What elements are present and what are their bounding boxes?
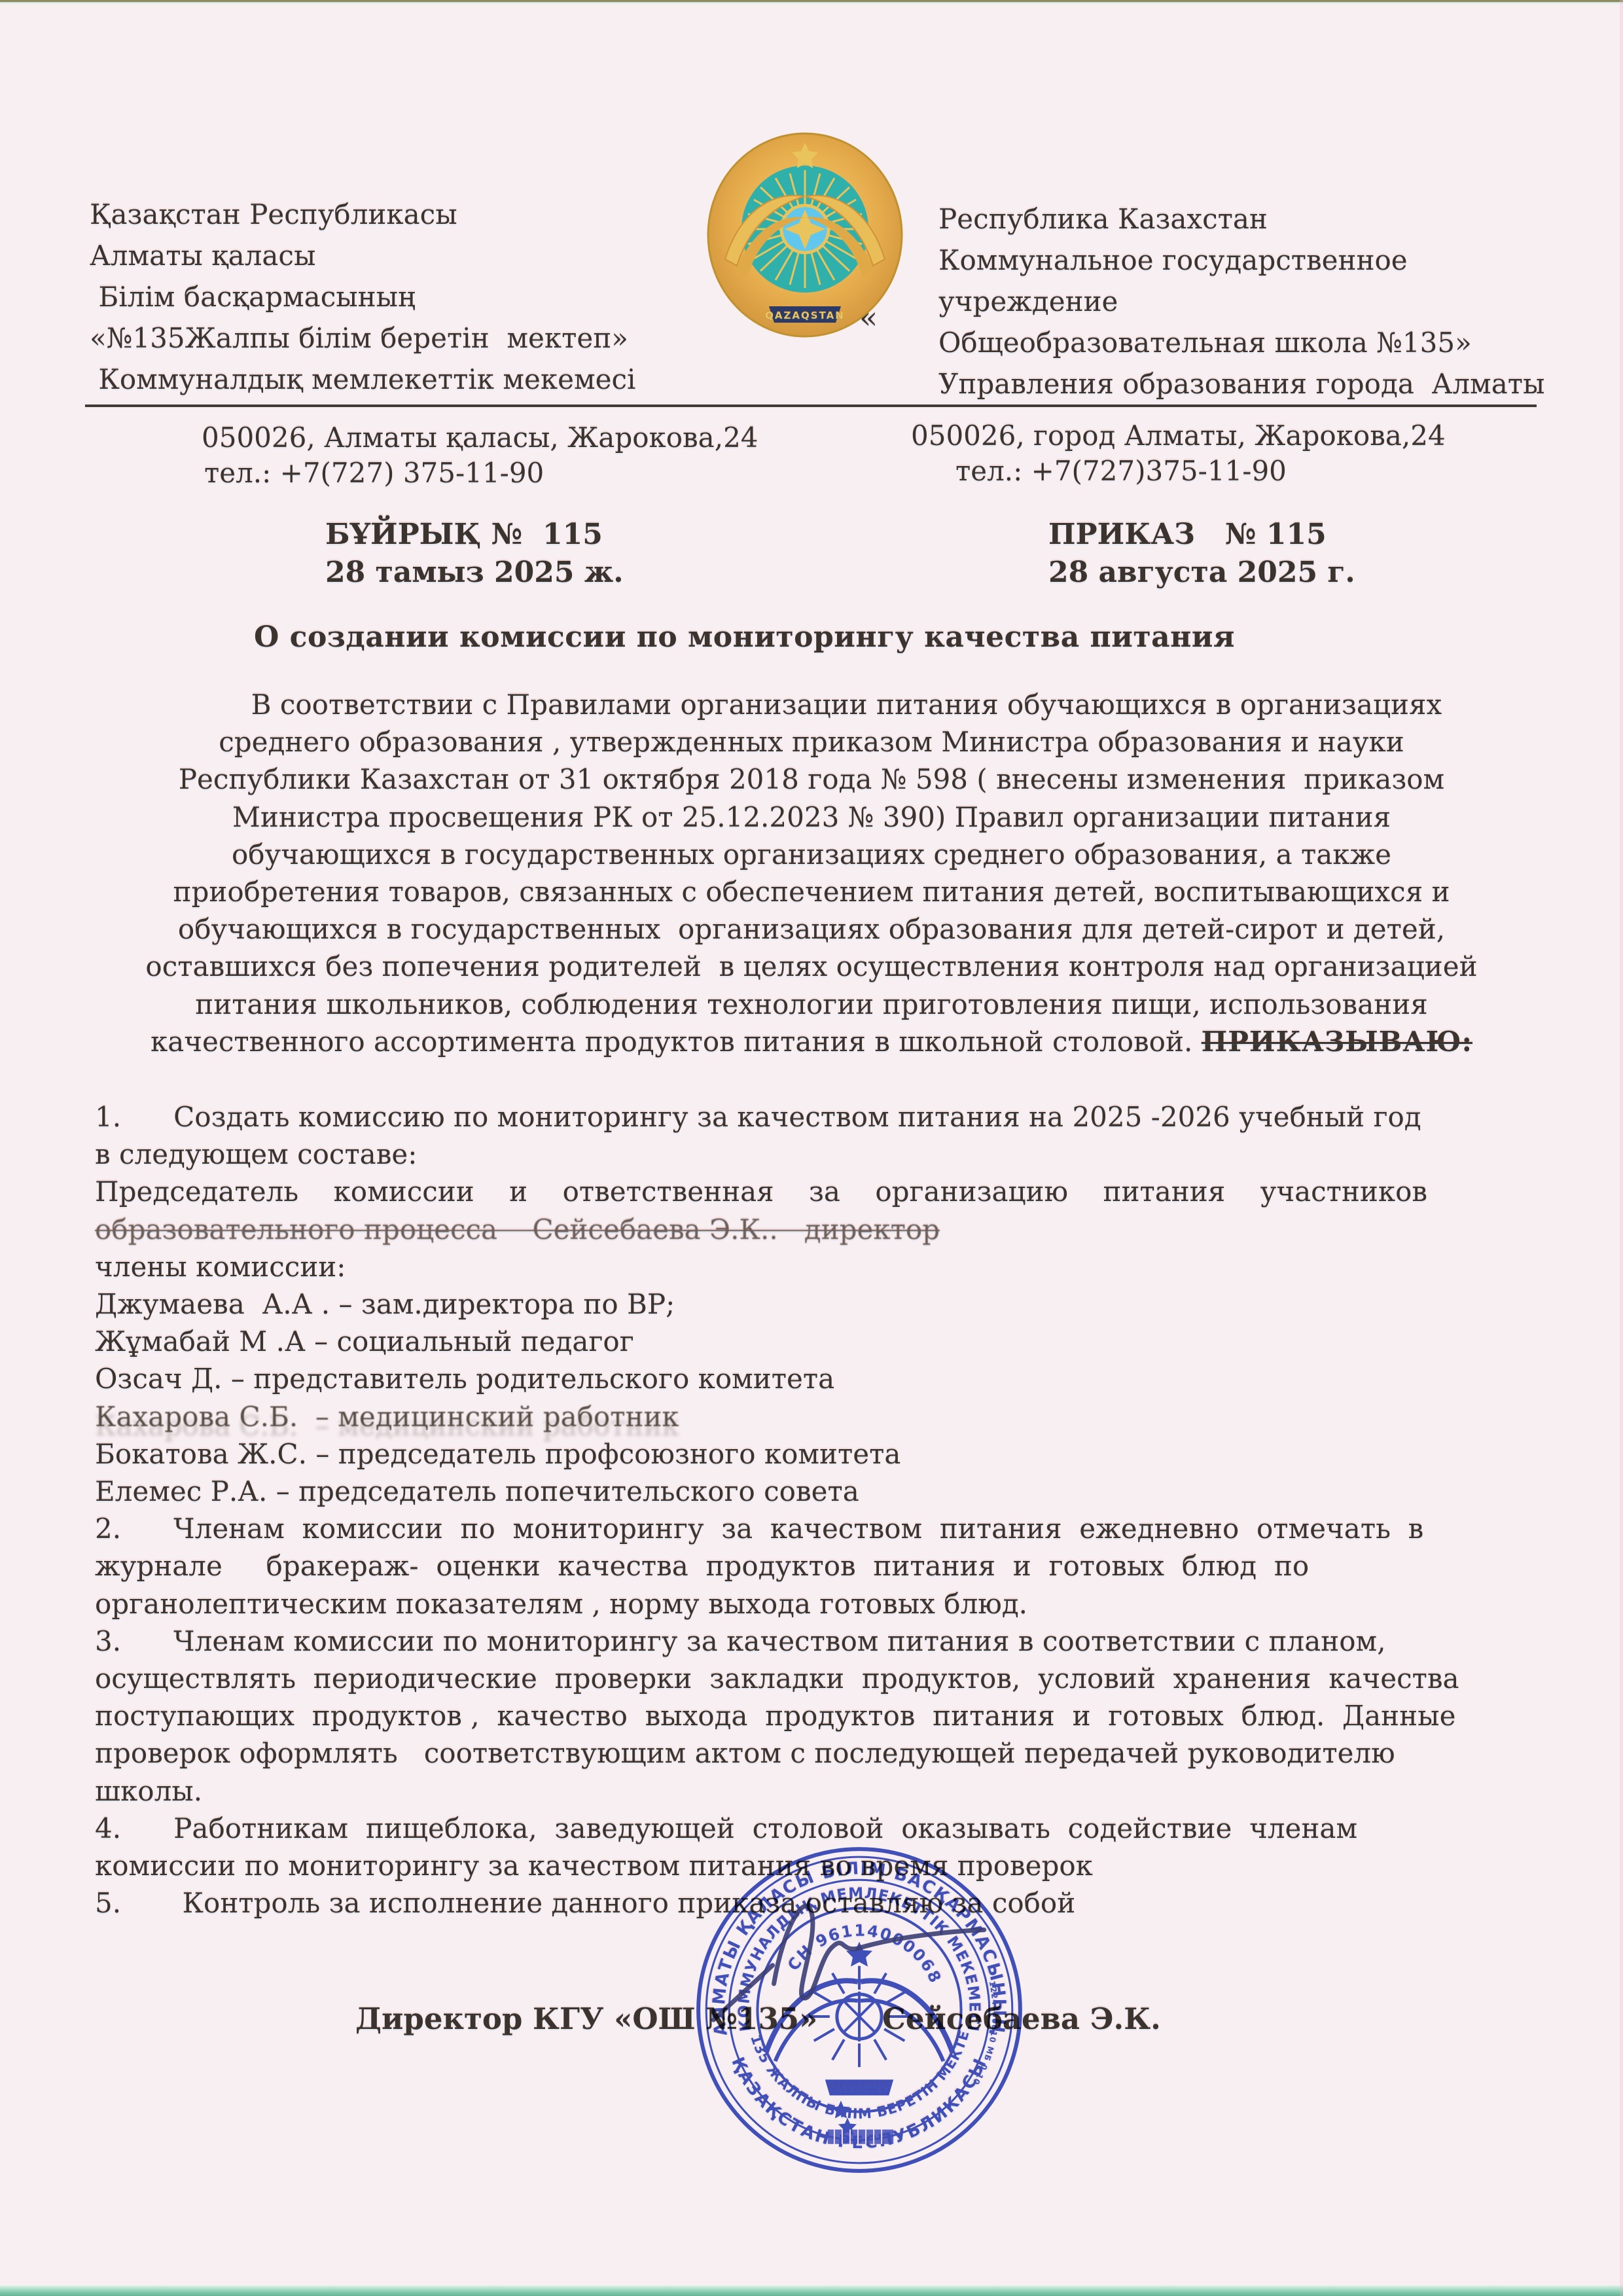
letterhead-line-kk: Коммуналдық мемлекеттік мекемесі [90, 359, 635, 400]
preamble-line: Республики Казахстан от 31 октября 2018 … [39, 761, 1584, 798]
preamble-line: среднего образования , утвержденных прик… [39, 723, 1584, 761]
order-body-line: Елемес Р.А. – председатель попечительско… [95, 1473, 1544, 1510]
letterhead-line-kk: «№135Жалпы білім беретін мектеп» [90, 317, 635, 359]
order-body-line: осуществлять периодические проверки закл… [95, 1660, 1544, 1697]
directive-word: ПРИКАЗЫВАЮ: [1202, 1026, 1472, 1058]
order-body-line: 3. Членам комиссии по мониторингу за кач… [95, 1623, 1544, 1660]
preamble-line: обучающихся в государственных организаци… [39, 910, 1584, 948]
order-body-line: Жұмабай М .А – социальный педагог [95, 1323, 1544, 1360]
phone-kazakh: тел.: +7(727) 375-11-90 [204, 457, 544, 489]
order-subject: О создании комиссии по мониторингу качес… [254, 620, 1235, 654]
order-body-line: Озсач Д. – представитель родительского к… [95, 1360, 1544, 1397]
letterhead-kazakh: Қазақстан РеспубликасыАлматы қаласы Білі… [90, 194, 635, 400]
letterhead-line-ru: Республика Казахстан [938, 198, 1544, 240]
preamble-line: питания школьников, соблюдения технологи… [39, 986, 1584, 1023]
address-kazakh: 050026, Алматы қаласы, Жарокова,24 [202, 422, 758, 454]
kazakhstan-state-emblem-icon: QAZAQSTAN [707, 131, 903, 339]
order-preamble-final: качественного ассортимента продуктов пит… [39, 1023, 1584, 1060]
stamp-center-emblem [766, 1966, 952, 2068]
order-body-line: школы. [95, 1772, 1544, 1810]
order-items: 1. Создать комиссию по мониторингу за ка… [95, 1098, 1544, 1922]
header-divider [85, 404, 1537, 407]
order-preamble: В соответствии с Правилами организации п… [39, 686, 1584, 1023]
order-body-line: Бокатова Ж.С. – председатель профсоюзног… [95, 1435, 1544, 1473]
address-russian: 050026, город Алматы, Жарокова,24 [911, 420, 1446, 452]
letterhead-line-kk: Қазақстан Республикасы [90, 194, 635, 235]
scanned-order-document: Қазақстан РеспубликасыАлматы қаласы Білі… [0, 0, 1623, 2296]
letterhead-russian: Республика КазахстанКоммунальное государ… [938, 198, 1544, 404]
order-body-line: 1. Создать комиссию по мониторингу за ка… [95, 1098, 1544, 1136]
order-body-line: органолептическим показателям , норму вы… [95, 1585, 1544, 1623]
scan-edge-top [0, 0, 1623, 5]
preamble-line: Министра просвещения РК от 25.12.2023 № … [39, 798, 1584, 836]
preamble-line: В соответствии с Правилами организации п… [39, 686, 1584, 723]
official-stamp: АЛМАТЫ ҚАЛАСЫ БІЛІМ БАСҚАРМАСЫНЫҢ ҚАЗАҚС… [675, 1826, 1043, 2194]
stamp-banner-text: ҚАЗАҚСТАН [828, 2083, 891, 2094]
order-date-kk: 28 тамыз 2025 ж. [325, 556, 624, 589]
scan-edge-bottom [0, 2286, 1623, 2296]
order-body-line: Кахарова С.Б. – медицинский работник [95, 1398, 1544, 1435]
emblem-banner-text: QAZAQSTAN [765, 310, 845, 321]
order-body-line: 2. Членам комиссии по мониторингу за кач… [95, 1510, 1544, 1547]
phone-russian: тел.: +7(727)375-11-90 [955, 455, 1287, 487]
order-number-kk: БҰЙРЫҚ № 115 [325, 518, 603, 551]
preamble-line: приобретения товаров, связанных с обеспе… [39, 873, 1584, 910]
order-date-ru: 28 августа 2025 г. [1048, 556, 1355, 589]
preamble-line: оставшихся без попечения родителей в цел… [39, 948, 1584, 985]
stamp-hatch-block [828, 2130, 893, 2144]
letterhead-line-ru: Управления образования города Алматы [938, 363, 1544, 404]
order-body-line: Председатель комиссии и ответственная за… [95, 1173, 1544, 1210]
letterhead-line-kk: Білім басқармасының [90, 276, 635, 317]
preamble-line: обучающихся в государственных организаци… [39, 836, 1584, 873]
order-body-line: поступающих продуктов , качество выхода … [95, 1697, 1544, 1734]
order-body-line: проверок оформлять соответствующим актом… [95, 1734, 1544, 1772]
letterhead-line-ru: учреждение [938, 281, 1544, 322]
order-body-line: образовательного процесса Сейсебаева Э.К… [95, 1211, 1544, 1248]
order-body-line: в следующем составе: [95, 1136, 1544, 1173]
order-body-line: члены комиссии: [95, 1248, 1544, 1285]
letterhead-line-ru: Коммунальное государственное [938, 240, 1544, 281]
order-body-line: Джумаева А.А . – зам.директора по ВР; [95, 1285, 1544, 1323]
scan-edge-right [1620, 0, 1623, 2296]
letterhead-line-ru: Общеобразовательная школа №135» [938, 322, 1544, 363]
letterhead-line-kk: Алматы қаласы [90, 235, 635, 276]
preamble-final-text: качественного ассортимента продуктов пит… [151, 1026, 1202, 1058]
order-body-line: журнале бракераж- оценки качества продук… [95, 1547, 1544, 1585]
order-number-ru: ПРИКАЗ № 115 [1048, 518, 1327, 551]
